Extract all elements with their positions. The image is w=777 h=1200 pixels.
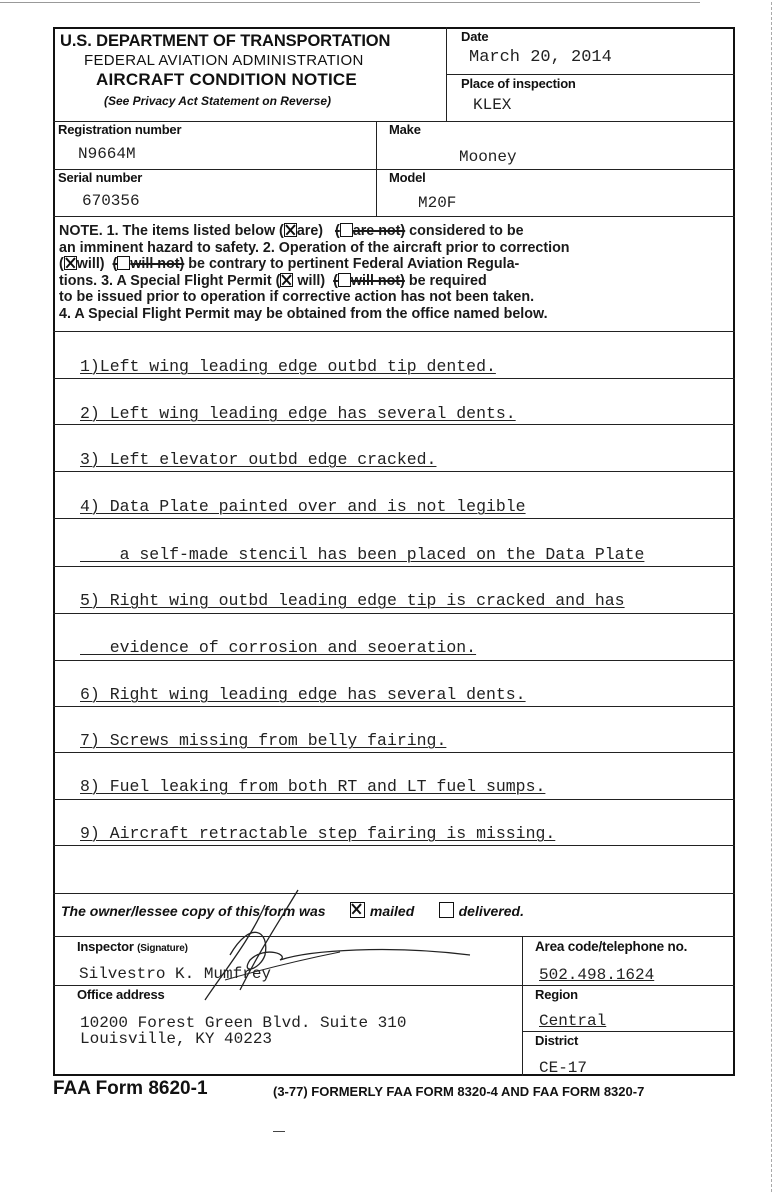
phone-label: Area code/telephone no. (535, 939, 687, 954)
region-rule (522, 1031, 735, 1032)
note-line-1: NOTE. 1. The items listed below ( (59, 223, 284, 239)
discrepancy-item[interactable]: 8) Fuel leaking from both RT and LT fuel… (80, 777, 545, 796)
date-label: Date (461, 29, 488, 44)
are-not-checkbox[interactable] (340, 223, 353, 237)
agency-title: FEDERAL AVIATION ADMINISTRATION (84, 52, 364, 69)
form-number: FAA Form 8620-1 (53, 1078, 208, 1100)
place-label: Place of inspection (461, 76, 576, 91)
note-line-4b: be required (409, 273, 487, 289)
date-divider (446, 74, 735, 75)
discrepancy-item[interactable]: 6) Right wing leading edge has several d… (80, 685, 526, 704)
note-line-1b: considered to be (409, 223, 523, 239)
item-rule (53, 518, 735, 519)
inspector-signature (170, 860, 490, 1010)
item-rule (53, 424, 735, 425)
office-address-label: Office address (77, 987, 165, 1002)
serial-value[interactable]: 670356 (82, 192, 140, 210)
item-rule (53, 471, 735, 472)
discrepancy-item[interactable]: 3) Left elevator outbd edge cracked. (80, 450, 436, 469)
will-checkbox[interactable] (64, 256, 77, 270)
phone-value[interactable]: 502.498.1624 (539, 966, 654, 984)
model-label: Model (389, 170, 426, 185)
discrepancy-item[interactable]: evidence of corrosion and seoeration. (80, 638, 476, 657)
item-rule (53, 660, 735, 661)
item-rule (53, 752, 735, 753)
privacy-note: (See Privacy Act Statement on Reverse) (104, 94, 331, 108)
discrepancy-item[interactable]: 2) Left wing leading edge has several de… (80, 404, 516, 423)
date-value[interactable]: March 20, 2014 (469, 48, 612, 67)
note-line-5: to be issued prior to operation if corre… (59, 289, 570, 306)
make-label: Make (389, 122, 421, 137)
place-value[interactable]: KLEX (473, 96, 511, 114)
region-value[interactable]: Central (539, 1012, 606, 1030)
model-value[interactable]: M20F (418, 194, 456, 212)
registration-label: Registration number (58, 122, 181, 137)
will-label: will) (77, 256, 105, 272)
discrepancy-item[interactable]: 5) Right wing outbd leading edge tip is … (80, 591, 625, 610)
inspector-divider (522, 936, 523, 1076)
scan-edge-top (0, 2, 700, 4)
item-rule (53, 706, 735, 707)
scan-edge-right (771, 2, 773, 1192)
note-line-2: an imminent hazard to safety. 2. Operati… (59, 240, 570, 257)
office-address-line-2: Louisville, KY 40223 (80, 1031, 406, 1047)
form-title: AIRCRAFT CONDITION NOTICE (96, 70, 357, 90)
stray-mark (273, 1131, 285, 1132)
id-bottom-rule (53, 216, 735, 217)
form-revision: (3-77) FORMERLY FAA FORM 8320-4 AND FAA … (273, 1084, 644, 1099)
discrepancy-item[interactable]: 4) Data Plate painted over and is not le… (80, 497, 526, 516)
note-line-4: tions. 3. A Special Flight Permit ( (59, 273, 280, 289)
office-address[interactable]: 10200 Forest Green Blvd. Suite 310 Louis… (80, 1015, 406, 1047)
permit-will-checkbox[interactable] (280, 273, 293, 287)
permit-will-not-checkbox[interactable] (338, 273, 351, 287)
permit-will-not-label: will not) (351, 273, 405, 289)
district-value[interactable]: CE-17 (539, 1059, 587, 1077)
phone-rule (522, 985, 735, 986)
note-bottom-rule (53, 331, 735, 332)
are-label: are) (297, 223, 323, 239)
item-rule (53, 613, 735, 614)
will-not-label: will not) (130, 256, 184, 272)
discrepancy-item[interactable]: 1)Left wing leading edge outbd tip dente… (80, 357, 496, 376)
make-value[interactable]: Mooney (459, 148, 517, 166)
are-checkbox[interactable] (284, 223, 297, 237)
item-rule (53, 378, 735, 379)
permit-will-label: will) (297, 273, 325, 289)
registration-value[interactable]: N9664M (78, 145, 136, 163)
district-label: District (535, 1033, 578, 1048)
will-not-checkbox[interactable] (117, 256, 130, 270)
serial-label: Serial number (58, 170, 142, 185)
discrepancy-item[interactable]: 9) Aircraft retractable step fairing is … (80, 824, 555, 843)
item-rule (53, 799, 735, 800)
discrepancy-item[interactable]: a self-made stencil has been placed on t… (80, 545, 644, 564)
region-label: Region (535, 987, 578, 1002)
office-address-line-1: 10200 Forest Green Blvd. Suite 310 (80, 1015, 406, 1031)
discrepancy-item[interactable]: 7) Screws missing from belly fairing. (80, 731, 446, 750)
department-title: U.S. DEPARTMENT OF TRANSPORTATION (60, 32, 390, 51)
item-rule (53, 845, 735, 846)
note-line-6: 4. A Special Flight Permit may be obtain… (59, 306, 570, 323)
are-not-label: are not) (353, 223, 405, 239)
item-rule (53, 566, 735, 567)
note-text: NOTE. 1. The items listed below (are) (a… (59, 223, 570, 323)
note-line-3: be contrary to pertinent Federal Aviatio… (188, 256, 519, 272)
